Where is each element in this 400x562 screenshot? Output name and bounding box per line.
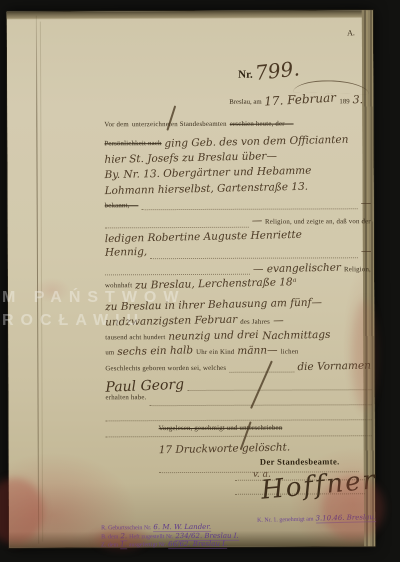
form-line: Geschlechts geboren worden sei, welchesd…: [105, 360, 371, 377]
text-segment: sechs ein halb: [117, 345, 193, 359]
blank-rule: [149, 404, 371, 406]
approval-stamp-printed: K. Nr. 1. genehmigt am: [257, 517, 314, 524]
form-line: undzwanzigsten Februardes Jahres—: [105, 314, 371, 331]
blank-rule: [105, 274, 250, 276]
form-line: erhalten habe.: [106, 393, 372, 410]
blank-rule: [141, 209, 357, 211]
text-segment: R. Geburtsschein Nr.: [101, 525, 151, 531]
text-segment: tausend acht hundert: [105, 334, 165, 341]
record-number-value: 799.: [253, 56, 300, 85]
text-segment: Heft zugestellt Nr.: [129, 534, 173, 540]
text-segment: — evangelischer: [253, 261, 341, 275]
text-segment: —: [273, 314, 284, 326]
form-line: Lohmann hierselbst, Gartenstraße 13.: [105, 182, 371, 199]
form-line: hier St. Josefs zu Breslau über—: [104, 151, 370, 168]
text-segment: neunzig und drei: [168, 329, 259, 343]
form-line: [106, 408, 372, 425]
record-number: Nr. 799.: [238, 59, 299, 83]
text-segment: Persönlichkeit nach: [104, 141, 161, 148]
text-segment: —: [360, 245, 371, 257]
text-segment: undzwanzigsten Februar: [105, 313, 237, 328]
text-segment: By. Nr. 13. Obergärtner und Hebamme: [104, 165, 311, 182]
blank-rule: [229, 372, 295, 373]
form-line: umsechs ein halbUhr ein Kindmänn—lichen: [105, 345, 371, 362]
blank-rule: [106, 420, 372, 422]
text-segment: erschien heute, der —: [230, 121, 294, 128]
text-segment: Uhr ein Kind: [196, 349, 234, 356]
marginal-stamps-left: R. Geburtsschein Nr.6. M. W. Lander.B. d…: [101, 523, 239, 549]
form-line: Z. dem1.ausgefertigt Nr.66/62. Breslau I…: [101, 540, 239, 549]
form-line: wohnhaftzu Breslau, Lerchenstraße 18ᵃ: [105, 277, 371, 294]
text-segment: ging Geb. des von dem Officianten: [165, 134, 349, 150]
registrar-block: Der Standesbeamte. v. a. Hoffner: [235, 456, 365, 495]
blank-rule: [187, 389, 371, 391]
text-segment: männ—: [237, 345, 278, 358]
year-handwritten: 3.: [353, 93, 364, 106]
text-segment: —: [251, 215, 262, 227]
text-segment: des Jahres: [240, 318, 270, 325]
text-segment: Vor dem: [104, 121, 129, 128]
form-line: — evangelischerReligion,: [105, 262, 371, 279]
approval-stamp-handwritten: 3.10.46. Breslau.: [315, 513, 376, 523]
text-segment: zu Breslau in ihrer Behausung am fünf—: [105, 297, 322, 314]
date-line: Breslau, am 17. Februar 189 3.: [229, 92, 363, 107]
text-segment: wohnhaft: [105, 282, 132, 289]
form-line: Hennig,—: [105, 245, 371, 262]
text-segment: lichen: [281, 349, 299, 356]
form-line: —Religion, und zeigte an, daß von der: [105, 215, 371, 232]
place-printed: Breslau, am: [229, 99, 261, 106]
text-segment: bekannt, —: [105, 202, 139, 209]
form-line: Persönlichkeit nachging Geb. des von dem…: [104, 136, 370, 153]
form-line: By. Nr. 13. Obergärtner und Hebamme: [105, 166, 371, 183]
form-line: tausend acht hundertneunzig und dreiNach…: [105, 329, 371, 346]
text-segment: hier St. Josefs zu Breslau über—: [104, 150, 277, 166]
form-line: zu Breslau in ihrer Behausung am fünf—: [105, 299, 371, 316]
blank-rule: [105, 226, 249, 228]
blank-rule: [150, 257, 357, 259]
binding-fold-line-2: [40, 22, 43, 542]
text-segment: zu Breslau, Lerchenstraße 18ᵃ: [135, 276, 297, 292]
form-line: Vorgelesen, genehmigt und unterschrieben: [159, 424, 359, 440]
form-line: ledigen Robertine Auguste Henriette: [105, 230, 371, 247]
text-segment: Lohmann hierselbst, Gartenstraße 13.: [104, 180, 308, 196]
approval-stamp-right: K. Nr. 1. genehmigt am 3.10.46. Breslau.: [257, 513, 376, 525]
text-segment: Z. dem: [101, 543, 118, 549]
form-line: Paul Georg: [105, 377, 371, 394]
text-segment: Religion, und zeigte an, daß von der: [265, 219, 371, 226]
text-segment: —: [360, 197, 371, 209]
text-segment: Hennig,: [105, 246, 148, 259]
text-segment: ledigen Robertine Auguste Henriette: [105, 229, 302, 245]
text-segment: 66/62. Breslau I.: [168, 540, 227, 549]
scanned-register-page: A. Nr. 799. Breslau, am 17. Februar 189 …: [0, 0, 400, 562]
date-handwritten: 17. Februar: [264, 90, 336, 108]
text-segment: B. dem: [101, 534, 118, 540]
registrar-title: Der Standesbeamte.: [235, 456, 365, 467]
paper-sheet: A. Nr. 799. Breslau, am 17. Februar 189 …: [7, 10, 375, 548]
register-entry-body: Vor demunterzeichneten Standesbeamteners…: [104, 120, 371, 440]
text-segment: die Vornamen: [298, 359, 372, 373]
text-segment: ausgefertigt Nr.: [129, 542, 166, 548]
binding-fold-line: [36, 16, 39, 544]
text-segment: um: [105, 350, 114, 357]
form-line: bekannt, ——: [105, 197, 371, 214]
text-segment: Vorgelesen, genehmigt und unterschrieben: [159, 425, 283, 433]
text-segment: Nachmittags: [262, 329, 330, 342]
folio-letter: A.: [347, 28, 355, 37]
text-segment: Religion,: [344, 266, 371, 273]
record-number-label: Nr.: [238, 69, 253, 81]
text-segment: unterzeichneten Standesbeamten: [132, 121, 227, 128]
year-printed: 189: [339, 98, 349, 105]
text-segment: Geschlechts geboren worden sei, welches: [105, 365, 226, 373]
page-top-edge: [7, 10, 373, 20]
text-segment: 17 Druckworte gelöscht.: [159, 442, 291, 457]
text-segment: 1.: [120, 540, 127, 549]
